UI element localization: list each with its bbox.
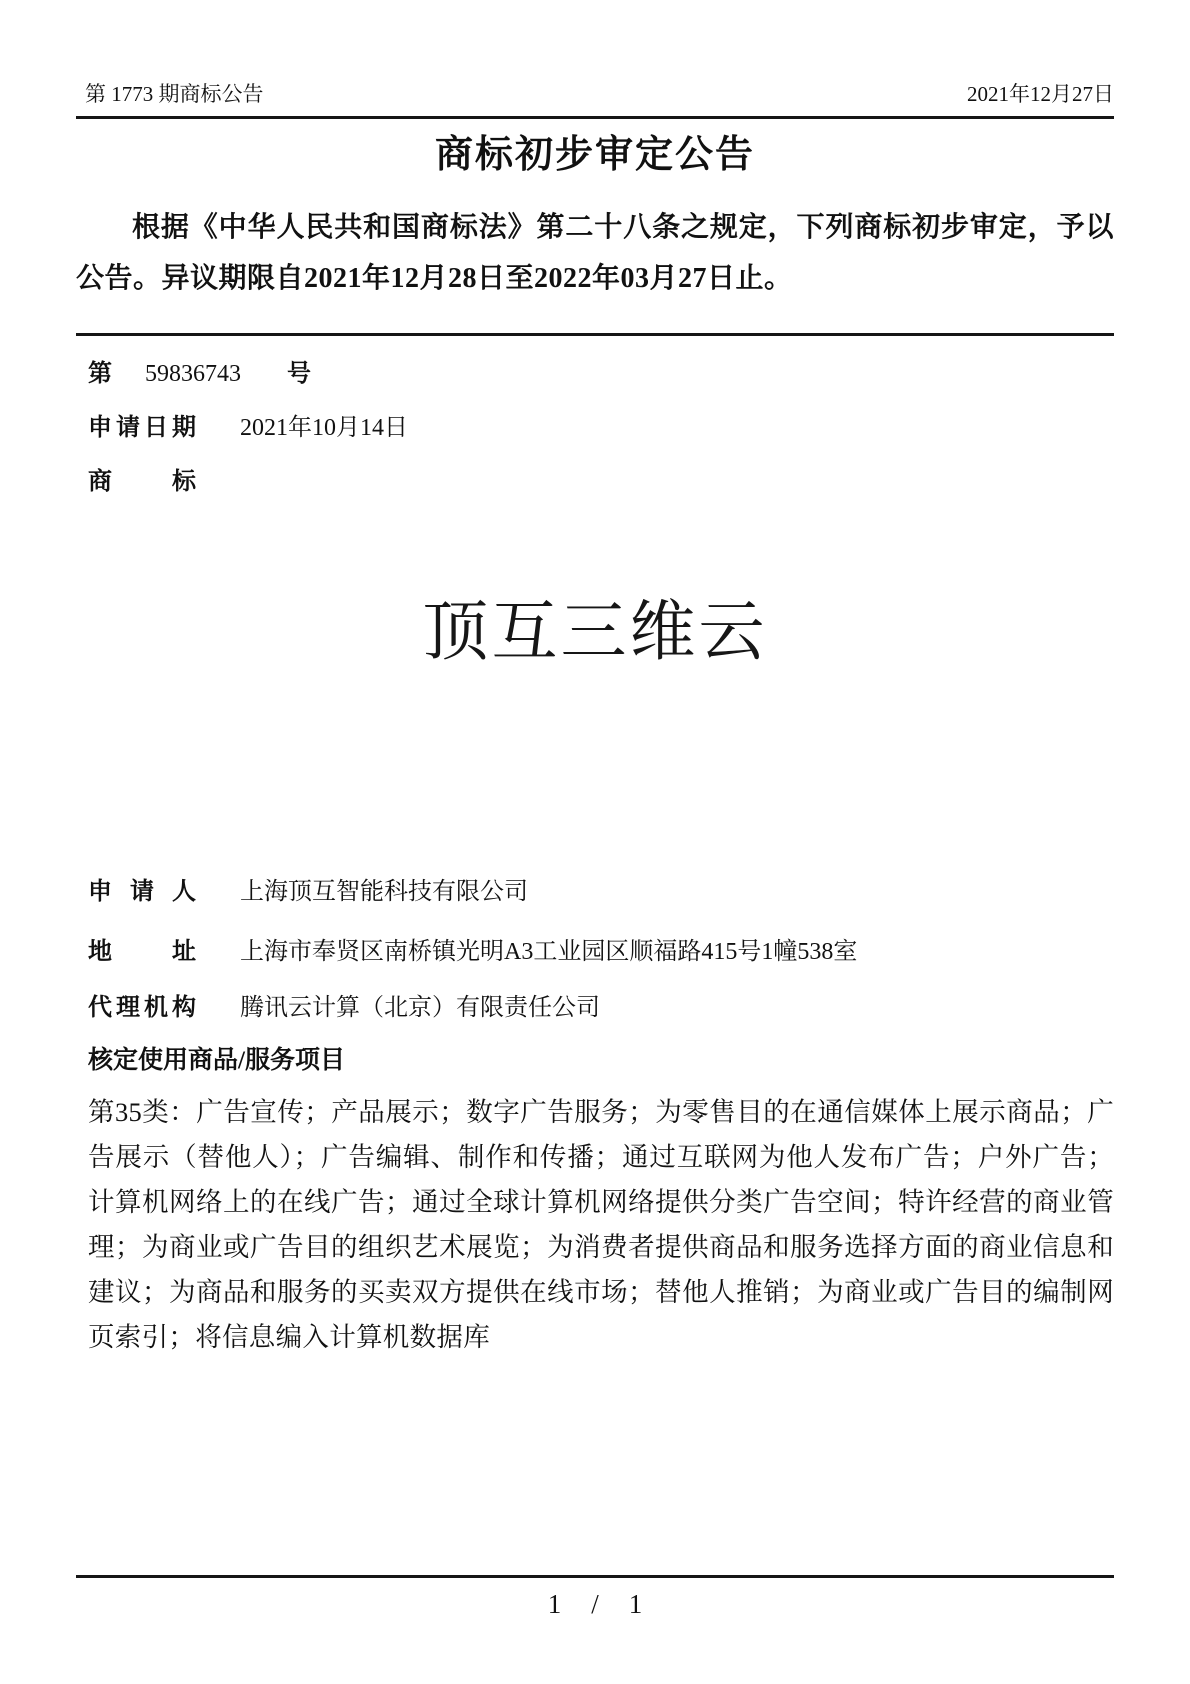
address-row: 地址 上海市奉贤区南桥镇光明A3工业园区顺福路415号1幢538室	[76, 936, 1114, 968]
page-number-separator: /	[591, 1589, 599, 1619]
address-value: 上海市奉贤区南桥镇光明A3工业园区顺福路415号1幢538室	[240, 936, 857, 968]
page-number-current: 1	[548, 1589, 562, 1619]
applicant-row: 申请人 上海顶互智能科技有限公司	[76, 876, 1114, 908]
header-publication-date: 2021年12月27日	[967, 84, 1114, 105]
address-label: 地址	[88, 936, 196, 968]
services-heading: 核定使用商品/服务项目	[76, 1046, 1114, 1076]
trademark-label-row: 商标	[76, 466, 1114, 498]
services-paragraph: 第35类：广告宣传；产品展示；数字广告服务；为零售目的在通信媒体上展示商品；广告…	[76, 1090, 1114, 1360]
application-date-row: 申请日期 2021年10月14日	[76, 412, 1114, 444]
applicant-label: 申请人	[88, 876, 196, 908]
agent-row: 代理机构 腾讯云计算（北京）有限责任公司	[76, 992, 1114, 1024]
header-issue-number: 第 1773 期商标公告	[76, 84, 264, 105]
applicant-block: 申请人 上海顶互智能科技有限公司 地址 上海市奉贤区南桥镇光明A3工业园区顺福路…	[76, 876, 1114, 1024]
reg-number-value: 59836743	[145, 358, 241, 390]
intro-paragraph: 根据《中华人民共和国商标法》第二十八条之规定，下列商标初步审定，予以公告。异议期…	[76, 202, 1114, 306]
gazette-page: 第 1773 期商标公告 2021年12月27日 商标初步审定公告 根据《中华人…	[0, 0, 1190, 1684]
reg-number-suffix: 号	[287, 358, 311, 390]
header-divider	[76, 116, 1114, 119]
application-date-label: 申请日期	[88, 412, 196, 444]
page-number-total: 1	[629, 1589, 643, 1619]
page-number: 1/1	[76, 1588, 1114, 1620]
trademark-text: 顶互三维云	[76, 598, 1114, 664]
section-divider	[76, 333, 1114, 336]
trademark-label: 商标	[88, 466, 196, 498]
footer-divider	[76, 1575, 1114, 1578]
agent-value: 腾讯云计算（北京）有限责任公司	[240, 992, 600, 1024]
page-title: 商标初步审定公告	[76, 132, 1114, 180]
page-header: 第 1773 期商标公告 2021年12月27日	[76, 0, 1114, 105]
reg-number-prefix: 第	[88, 358, 112, 390]
page-footer: 1/1	[76, 1575, 1114, 1620]
application-date-value: 2021年10月14日	[240, 412, 408, 444]
applicant-value: 上海顶互智能科技有限公司	[240, 876, 528, 908]
registration-number-row: 第 59836743 号	[76, 358, 1114, 390]
agent-label: 代理机构	[88, 992, 196, 1024]
